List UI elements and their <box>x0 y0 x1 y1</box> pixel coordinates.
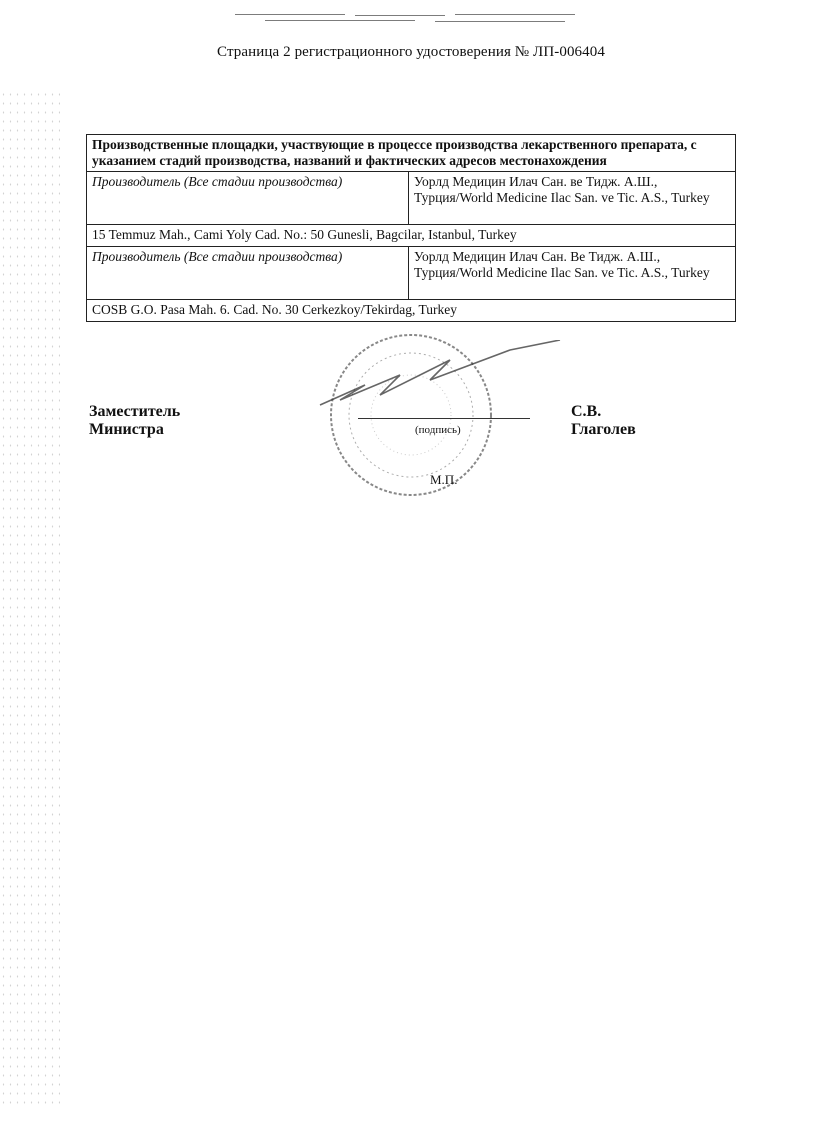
table-row: COSB G.O. Pasa Mah. 6. Cad. No. 30 Cerke… <box>87 300 736 322</box>
signatory-position: Заместитель Министра <box>89 403 180 439</box>
site-address: 15 Temmuz Mah., Cami Yoly Cad. No.: 50 G… <box>87 225 736 247</box>
table-row: Производитель (Все стадии производства) … <box>87 247 736 300</box>
scan-header-artifact <box>225 12 585 30</box>
table-row: 15 Temmuz Mah., Cami Yoly Cad. No.: 50 G… <box>87 225 736 247</box>
site-name: Уорлд Медицин Илач Сан. ве Тидж. А.Ш., Т… <box>409 172 736 225</box>
signatory-name: С.В. Глаголев <box>571 403 636 439</box>
scan-noise <box>0 90 60 1110</box>
table-row: Производитель (Все стадии производства) … <box>87 172 736 225</box>
site-name: Уорлд Медицин Илач Сан. Ве Тидж. А.Ш., Т… <box>409 247 736 300</box>
site-address: COSB G.O. Pasa Mah. 6. Cad. No. 30 Cerke… <box>87 300 736 322</box>
signature-line <box>358 418 530 419</box>
production-sites-table: Производственные площадки, участвующие в… <box>86 134 736 322</box>
handwritten-signature-icon <box>310 340 570 420</box>
table-header: Производственные площадки, участвующие в… <box>87 135 736 172</box>
site-role: Производитель (Все стадии производства) <box>87 172 409 225</box>
stamp-label: М.П. <box>430 472 457 488</box>
site-role: Производитель (Все стадии производства) <box>87 247 409 300</box>
page-title: Страница 2 регистрационного удостоверени… <box>0 44 822 61</box>
signature-caption: (подпись) <box>415 424 461 436</box>
